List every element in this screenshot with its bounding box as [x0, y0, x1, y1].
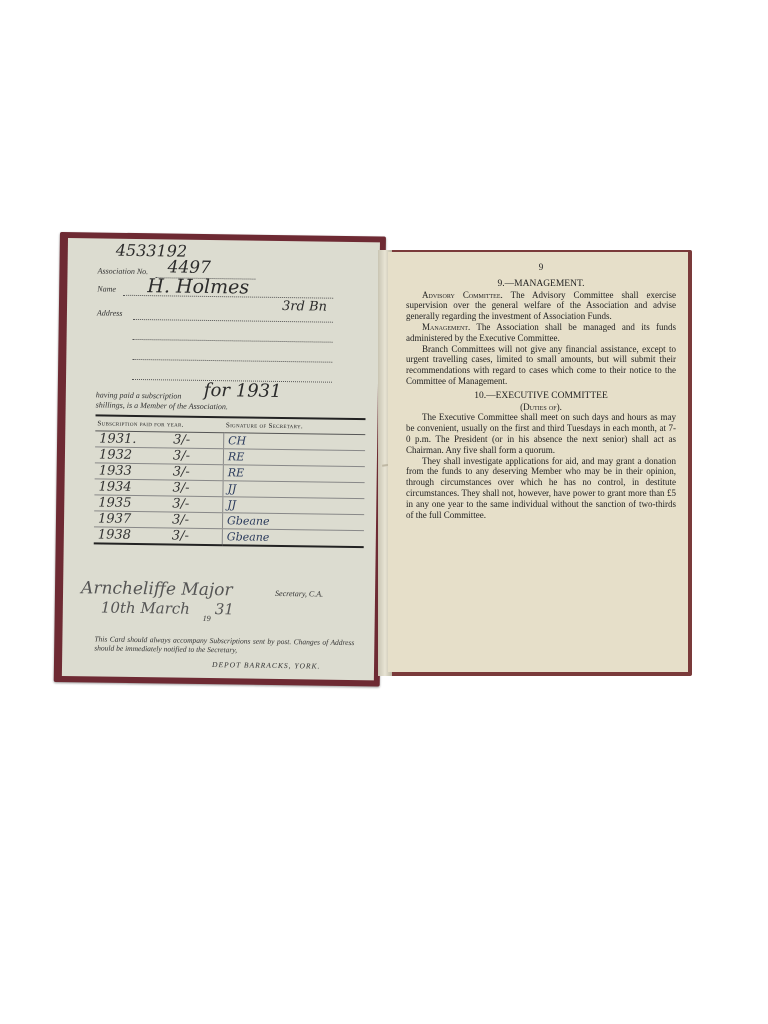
header-year: Subscription paid for year. [95, 415, 224, 432]
signature-cell: RE [223, 465, 365, 483]
year-cell: 19343/- [94, 479, 223, 497]
association-no-label: Association No. [97, 266, 148, 276]
signature-cell: Gbeane [222, 513, 364, 531]
amount-cell: 3/- [173, 464, 190, 479]
year-value: 1937 [98, 511, 131, 526]
open-membership-booklet: 4533192 Association No. 4497 Name H. Hol… [60, 232, 692, 682]
executive-text-2: They shall investigate applications for … [406, 456, 676, 521]
year-cell: 19323/- [95, 447, 224, 465]
page-number: 9 [406, 262, 676, 273]
amount-cell: 3/- [173, 432, 190, 447]
amount-cell: 3/- [173, 448, 190, 463]
rules-page: 9 9.—MANAGEMENT. Advisory Committee. The… [388, 252, 688, 672]
section-10-title: 10.—EXECUTIVE COMMITTEE [406, 391, 676, 402]
advisory-label: Advisory Committee. [422, 290, 503, 300]
address-label: Address [97, 308, 123, 317]
amount-cell: 3/- [172, 512, 189, 527]
year-cell: 19383/- [94, 527, 223, 545]
date-year: 31 [215, 600, 234, 618]
subscription-table: Subscription paid for year. Signature of… [94, 414, 366, 548]
year-cell: 1931.3/- [95, 431, 224, 449]
branch-text: Branch Committees will not give any fina… [406, 344, 676, 387]
section-9-title: 9.—MANAGEMENT. [406, 279, 676, 290]
year-value: 1933 [99, 463, 132, 478]
amount-cell: 3/- [172, 480, 189, 495]
signature-cell: CH [224, 433, 366, 451]
membership-card-page: 4533192 Association No. 4497 Name H. Hol… [62, 238, 380, 680]
date-printed: 19 [203, 614, 211, 623]
name-suffix: 3rd Bn [282, 299, 327, 315]
signature-cell: JJ [223, 481, 365, 499]
year-value: 1934 [98, 479, 131, 494]
amount-cell: 3/- [172, 528, 189, 543]
year-value: 1931. [99, 431, 136, 447]
signature-cell: Gbeane [222, 529, 364, 547]
subscription-text: having paid a subscription [96, 390, 182, 400]
name-value: H. Holmes [147, 275, 249, 298]
executive-text-1: The Executive Committee shall meet on su… [406, 412, 676, 455]
year-value: 1932 [99, 447, 132, 462]
year-cell: 19333/- [95, 463, 224, 481]
section-10-subtitle: (Duties of). [406, 402, 676, 413]
footer-note: This Card should always accompany Subscr… [94, 634, 354, 656]
date-handwritten: 10th March [101, 598, 190, 617]
depot-address: DEPOT BARRACKS, YORK. [212, 660, 320, 671]
management-label: Management. [422, 322, 470, 332]
signature-cell: JJ [223, 497, 365, 515]
table-row: 19383/-Gbeane [94, 527, 364, 547]
year-cell: 19353/- [94, 495, 223, 513]
name-label: Name [97, 284, 116, 293]
amount-cell: 3/- [172, 496, 189, 511]
secretary-signature: Arncheliffe Major [81, 578, 233, 600]
membership-text: shillings, is a Member of the Associatio… [96, 400, 228, 411]
signature-cell: RE [223, 449, 365, 467]
year-cell: 19373/- [94, 511, 223, 529]
year-value: 1938 [98, 527, 131, 542]
year-value: 1935 [98, 495, 131, 510]
subscription-handwritten: for 1931 [204, 380, 282, 402]
secretary-label: Secretary, C.A. [275, 589, 323, 599]
